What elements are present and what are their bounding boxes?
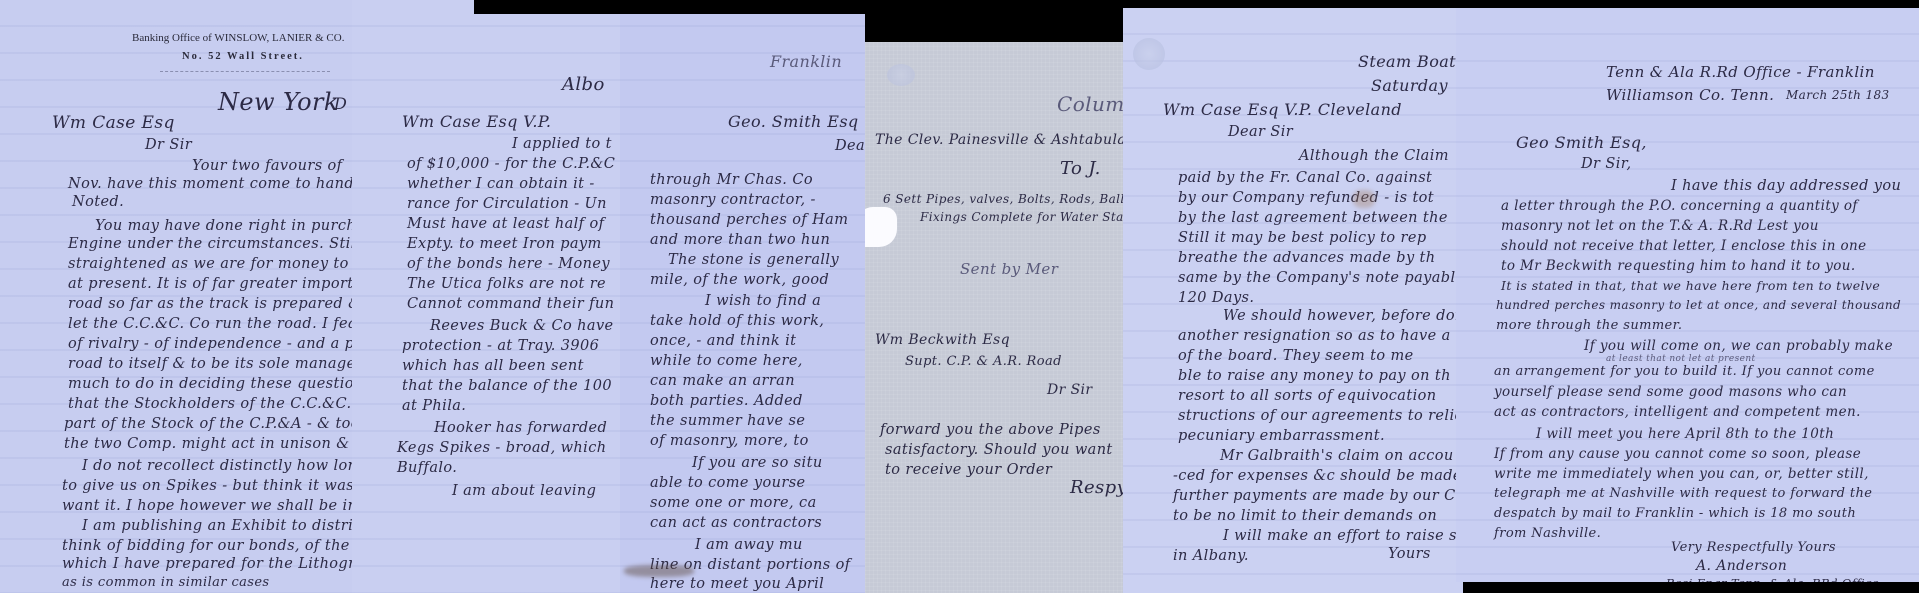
body-line: by our Company refunded - is tot: [1178, 190, 1434, 206]
body-line: Kegs Spikes - broad, which: [397, 440, 606, 456]
body-line: of masonry, more, to: [650, 433, 809, 449]
body-line: forward you the above Pipes: [880, 422, 1101, 438]
body-line: You may have done right in purcha: [95, 218, 352, 234]
body-line: to receive your Order: [885, 462, 1052, 478]
body-line: and more than two hun: [650, 232, 830, 248]
body-line: The Utica folks are not re: [407, 276, 606, 292]
body-line: by the last agreement between the: [1178, 210, 1448, 226]
body-line: which has all been sent: [402, 358, 584, 374]
body-line: Still it may be best policy to rep: [1178, 230, 1427, 246]
body-line: structions of our agreements to relieve: [1178, 408, 1463, 424]
place: Franklin: [770, 52, 842, 71]
body-line: in Albany.: [1173, 548, 1249, 564]
body-line: thousand perches of Ham: [650, 212, 848, 228]
body-line: If you are so situ: [692, 455, 823, 471]
body-line: If you will come on, we can probably mak…: [1584, 338, 1893, 354]
body-line: to be no limit to their demands on: [1173, 508, 1437, 524]
body-line: which I have prepared for the Lithograph…: [62, 556, 352, 572]
body-line: despatch by mail to Franklin - which is …: [1494, 506, 1856, 521]
recipient: Geo. Smith Esq: [728, 112, 859, 131]
place-suffix: D: [334, 94, 347, 113]
body-line: mile, of the work, good: [650, 272, 829, 288]
salutation: Dr Sir: [145, 137, 192, 153]
body-line: I wish to find a: [705, 293, 821, 309]
body-line: of the bonds here - Money: [407, 256, 610, 272]
paper-tear: [865, 207, 897, 247]
body-line: both parties. Added: [650, 393, 803, 409]
insertion: at least that not let at present: [1606, 354, 1756, 364]
body-line: able to come yourse: [650, 475, 806, 491]
body-line: protection - at Tray. 3906: [402, 338, 599, 354]
body-line: yourself please send some good masons wh…: [1494, 384, 1847, 400]
body-line: pecuniary embarrassment.: [1178, 428, 1385, 444]
body-line: of rivalry - of independence - and a pri: [68, 336, 352, 352]
body-line: breathe the advances made by th: [1178, 250, 1436, 266]
body-line: I have this day addressed you: [1671, 178, 1901, 194]
recipient: Wm Case Esq: [52, 113, 175, 133]
body-line: masonry not let on the T.& A. R.Rd Lest …: [1501, 218, 1819, 234]
body-line: through Mr Chas. Co: [650, 172, 813, 188]
body-line: Must have at least half of: [407, 216, 604, 232]
invoice-item: 6 Sett Pipes, valves, Bolts, Rods, Balls…: [883, 192, 1123, 206]
body-line: Cannot command their fun: [407, 296, 614, 312]
place-line2: Williamson Co. Tenn.: [1606, 86, 1774, 104]
body-line: that the balance of the 100: [402, 378, 612, 394]
body-line: I applied to t: [512, 136, 612, 152]
salutation: Dr Sir: [1047, 382, 1093, 398]
body-line: much to do in deciding these questions.: [68, 376, 352, 392]
recipient: Geo Smith Esq,: [1516, 133, 1647, 152]
body-line: a letter through the P.O. concerning a q…: [1501, 198, 1858, 214]
body-line: that the Stockholders of the C.C.&C. Roa…: [68, 396, 352, 412]
body-line: here to meet you April: [650, 576, 824, 592]
salutation: Dr Sir,: [1581, 156, 1631, 172]
body-line: an arrangement for you to build it. If y…: [1494, 364, 1875, 379]
body-line: should not receive that letter, I enclos…: [1501, 238, 1867, 254]
body-line: We should however, before doin: [1223, 308, 1463, 324]
letter-winslow-lanier: Banking Office of WINSLOW, LANIER & CO. …: [0, 0, 352, 593]
body-line: can make an arran: [650, 373, 795, 389]
embossed-seal: [887, 64, 915, 86]
signature: A. Anderson: [1696, 558, 1787, 574]
body-line: Your two favours of: [192, 158, 342, 174]
salutation: Dear Sir: [1228, 124, 1293, 140]
body-line: straightened as we are for money to buy: [68, 256, 352, 272]
body-line: 120 Days.: [1178, 290, 1254, 306]
body-line: hundred perches masonry to let at once, …: [1496, 298, 1901, 312]
body-line: Although the Claim: [1299, 148, 1449, 164]
body-line: let the C.C.&C. Co run the road. I fea: [68, 316, 352, 332]
body-line: I am about leaving: [452, 483, 596, 499]
body-line: write me immediately when you can, or, b…: [1494, 466, 1869, 482]
body-line: paid by the Fr. Canal Co. against: [1178, 170, 1432, 186]
body-line: masonry contractor, -: [650, 192, 816, 208]
body-line: whether I can obtain it -: [407, 176, 595, 192]
body-line: road so far as the track is prepared &: [68, 296, 352, 312]
body-line: Expty. to meet Iron paym: [407, 236, 602, 252]
body-line: Buffalo.: [397, 460, 457, 476]
body-line: satisfactory. Should you want: [885, 442, 1113, 458]
body-line: from Nashville.: [1494, 526, 1601, 541]
body-line: more through the summer.: [1496, 318, 1682, 333]
body-line: I am away mu: [695, 537, 803, 553]
body-line: of $10,000 - for the C.P.&C: [407, 156, 615, 172]
letter-franklin-1: Franklin Geo. Smith Esq Dear through Mr …: [620, 0, 865, 593]
body-line: as is common in similar cases: [62, 575, 270, 590]
body-line: I am publishing an Exhibit to distribute: [82, 518, 352, 534]
body-line: act as contractors, intelligent and comp…: [1494, 404, 1861, 420]
body-line: I will make an effort to raise som: [1223, 528, 1463, 544]
place: Columbu: [1057, 92, 1123, 116]
body-line: want it. I hope however we shall be in f: [62, 498, 352, 514]
invoice-sheet: Columbu The Clev. Painesville & Ashtabul…: [865, 42, 1123, 593]
place: Albo: [562, 74, 605, 95]
place: Steam Boat: [1358, 52, 1456, 71]
body-line: once, - and think it: [650, 333, 796, 349]
body-line: can act as contractors: [650, 515, 822, 531]
body-line: take hold of this work,: [650, 313, 824, 329]
recipient: Wm Case Esq V.P.: [402, 112, 551, 131]
body-line: -ced for expenses &c should be made: [1173, 468, 1462, 484]
letter-tenn-ala: Tenn & Ala R.Rd Office - Franklin Willia…: [1456, 8, 1919, 582]
day: Saturday: [1371, 76, 1448, 95]
body-line: road to itself & to be its sole managers…: [68, 356, 352, 372]
place: New York: [218, 88, 339, 116]
body-line: further payments are made by our Com: [1173, 488, 1463, 504]
body-line: another resignation so as to have a: [1178, 328, 1451, 344]
body-line: to Mr Beckwith requesting him to hand it…: [1501, 258, 1856, 274]
body-line: ble to raise any money to pay on th: [1178, 368, 1451, 384]
invoice-item: Fixings Complete for Water Statio: [920, 210, 1123, 224]
closing: Yours: [1388, 546, 1431, 562]
body-line: to give us on Spikes - but think it was …: [62, 478, 352, 494]
body-line: of the board. They seem to me: [1178, 348, 1414, 364]
body-line: Nov. have this moment come to hand: [68, 176, 352, 192]
body-line: the summer have se: [650, 413, 805, 429]
addressee-title: Supt. C.P. & A.R. Road: [905, 354, 1062, 369]
body-line: part of the Stock of the C.P.&A - & took…: [64, 416, 352, 432]
body-line: It is stated in that, that we have here …: [1501, 278, 1880, 293]
letterhead-line2: No. 52 Wall Street.: [182, 51, 304, 62]
body-line: Noted.: [72, 194, 124, 210]
letter-steamboat: Steam Boat Saturday Wm Case Esq V.P. Cle…: [1123, 8, 1463, 593]
body-line: at Phila.: [402, 398, 466, 414]
body-line: some one or more, ca: [650, 495, 817, 511]
body-line: The stone is generally: [668, 252, 839, 268]
closing: Respy: [1070, 477, 1123, 498]
body-line: Mr Galbraith's claim on accou: [1220, 448, 1454, 464]
body-line: the two Comp. might act in unison & be: [64, 436, 352, 452]
body-line: rance for Circulation - Un: [407, 196, 607, 212]
addressee: Wm Beckwith Esq: [875, 332, 1010, 348]
body-line: Engine under the circumstances. Still w: [68, 236, 352, 252]
body-line: I do not recollect distinctly how long c…: [82, 458, 352, 474]
closing: Very Respectfully Yours: [1671, 540, 1836, 555]
shipping-note: Sent by Mer: [960, 260, 1058, 278]
body-line: while to come here,: [650, 353, 803, 369]
body-line: If from any cause you cannot come so soo…: [1494, 446, 1861, 462]
billed-from: To J.: [1060, 158, 1101, 179]
body-line: I will meet you here April 8th to the 10…: [1536, 426, 1834, 442]
salutation: Dear: [835, 138, 865, 154]
body-line: think of bidding for our bonds, of the u…: [62, 538, 352, 554]
recipient: Wm Case Esq V.P. Cleveland: [1163, 100, 1402, 119]
body-line: same by the Company's note payable: [1178, 270, 1463, 286]
body-line: at present. It is of far greater importa…: [68, 276, 352, 292]
place-line1: Tenn & Ala R.Rd Office - Franklin: [1606, 63, 1875, 81]
body-line: Reeves Buck & Co have: [430, 318, 614, 334]
body-line: Hooker has forwarded: [434, 420, 607, 436]
billed-to: The Clev. Painesville & Ashtabula R. R.: [875, 132, 1123, 148]
letter-date: March 25th 183: [1786, 88, 1890, 102]
body-line: resort to all sorts of equivocation: [1178, 388, 1437, 404]
body-line: telegraph me at Nashville with request t…: [1494, 486, 1872, 501]
embossed-seal: [1133, 38, 1165, 70]
letterhead-line1: Banking Office of WINSLOW, LANIER & CO.: [132, 32, 344, 44]
letter-albany: Albo Wm Case Esq V.P. I applied to t of …: [352, 0, 620, 593]
